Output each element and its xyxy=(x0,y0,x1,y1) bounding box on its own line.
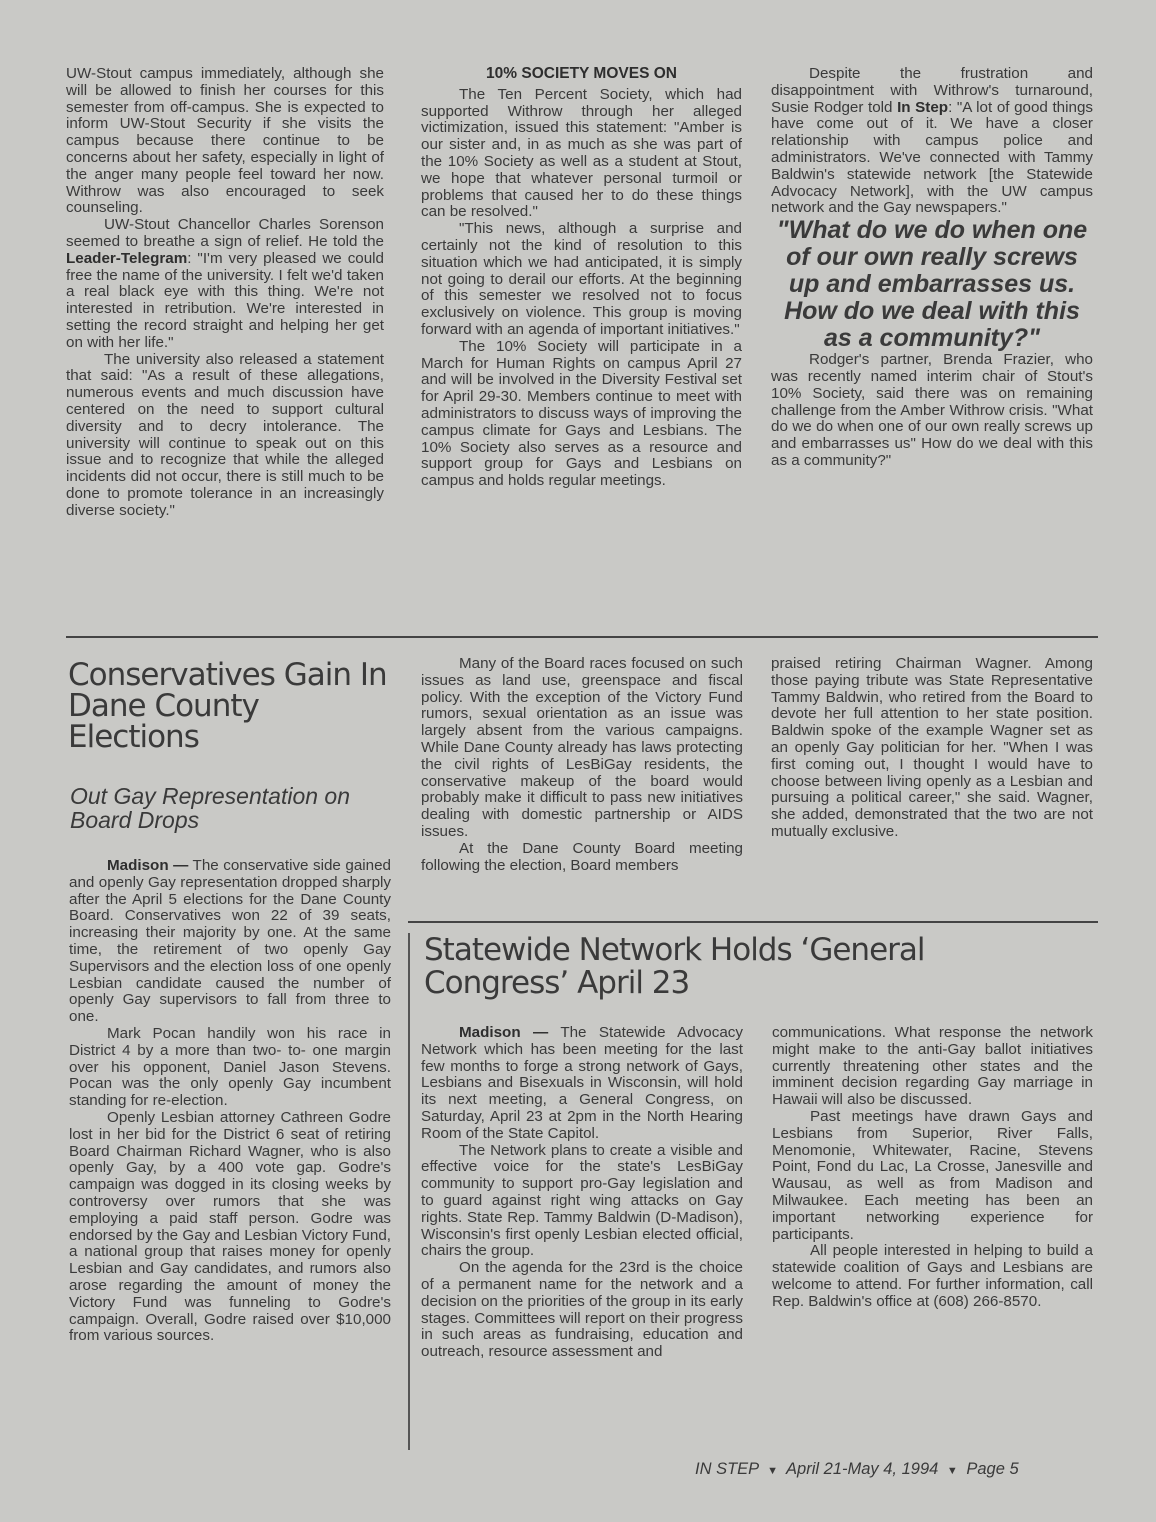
story2-paragraph: Many of the Board races focused on such … xyxy=(421,656,743,841)
story3-paragraph: Past meetings have drawn Gays and Lesbia… xyxy=(772,1109,1093,1243)
triangle-down-icon: ▼ xyxy=(947,1465,958,1477)
column-divider xyxy=(408,933,410,1450)
story2-paragraph: Openly Lesbian attorney Cathreen Godre l… xyxy=(69,1110,391,1345)
story3-paragraph: On the agenda for the 23rd is the choice… xyxy=(421,1260,743,1361)
story3-column-1: Madison — The Statewide Advocacy Network… xyxy=(421,1025,743,1361)
pull-quote: "What do we do when one of our own reall… xyxy=(771,217,1093,352)
section-divider xyxy=(408,921,1098,923)
story2-headline: Conservatives Gain In Dane County Electi… xyxy=(68,660,398,753)
story1-paragraph: UW-Stout campus immediately, although sh… xyxy=(66,66,384,217)
page-number: Page 5 xyxy=(966,1460,1018,1478)
story3-column-2: communications. What response the networ… xyxy=(772,1025,1093,1311)
story2-column-1: Madison — The conservative side gained a… xyxy=(69,858,391,1345)
story3-paragraph: The Network plans to create a visible an… xyxy=(421,1143,743,1261)
story3-paragraph: communications. What response the networ… xyxy=(772,1025,1093,1109)
publication-name: In Step xyxy=(897,99,948,116)
story1-column-3: Despite the frustration and disappointme… xyxy=(771,66,1093,470)
story3-headline: Statewide Network Holds ‘General Congres… xyxy=(424,934,984,1000)
story1-paragraph: The 10% Society will participate in a Ma… xyxy=(421,339,742,490)
story1-paragraph: UW-Stout Chancellor Charles Sorenson see… xyxy=(66,217,384,351)
story1-paragraph: The Ten Percent Society, which had suppo… xyxy=(421,87,742,221)
dateline: Madison — xyxy=(107,857,188,874)
story3-paragraph: Madison — The Statewide Advocacy Network… xyxy=(421,1025,743,1143)
story2-column-2: Many of the Board races focused on such … xyxy=(421,656,743,874)
story1-paragraph: "This news, although a surprise and cert… xyxy=(421,221,742,339)
publication-name: Leader-Telegram xyxy=(66,250,187,267)
issue-dates: April 21-May 4, 1994 xyxy=(786,1460,938,1478)
triangle-down-icon: ▼ xyxy=(767,1465,778,1477)
story3-paragraph: All people interested in helping to buil… xyxy=(772,1243,1093,1310)
story1-paragraph: Rodger's partner, Brenda Frazier, who wa… xyxy=(771,352,1093,470)
publication-title: IN STEP xyxy=(695,1460,759,1478)
story2-paragraph: At the Dane County Board meeting followi… xyxy=(421,841,743,875)
story1-column-2: 10% SOCIETY MOVES ON The Ten Percent Soc… xyxy=(421,66,742,490)
page-footer: IN STEP ▼ April 21-May 4, 1994 ▼ Page 5 xyxy=(695,1460,1019,1479)
dateline: Madison — xyxy=(459,1024,548,1041)
story1-paragraph: The university also released a statement… xyxy=(66,352,384,520)
story1-paragraph: Despite the frustration and disappointme… xyxy=(771,66,1093,217)
story2-paragraph: Mark Pocan handily won his race in Distr… xyxy=(69,1026,391,1110)
section-divider xyxy=(66,636,1098,638)
story2-column-3: praised retiring Chairman Wagner. Among … xyxy=(771,656,1093,841)
story2-deck: Out Gay Representation on Board Drops xyxy=(70,784,400,832)
section-subhead: 10% SOCIETY MOVES ON xyxy=(421,66,742,83)
story2-paragraph: praised retiring Chairman Wagner. Among … xyxy=(771,656,1093,841)
story2-paragraph: Madison — The conservative side gained a… xyxy=(69,858,391,1026)
story1-column-1: UW-Stout campus immediately, although sh… xyxy=(66,66,384,520)
